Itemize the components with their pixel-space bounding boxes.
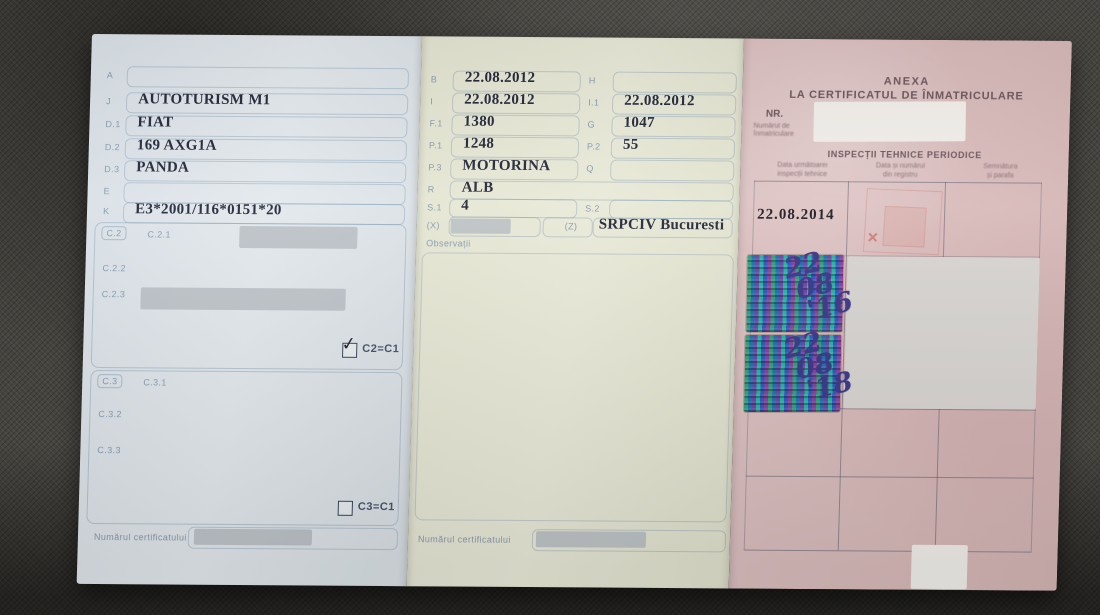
field-label: P.3 (428, 162, 442, 172)
field-box (610, 160, 735, 182)
next-inspection-date: 22.08.2014 (757, 207, 835, 225)
c2-3-label: C.2.3 (102, 289, 126, 299)
inspections-section-title: INSPECȚII TEHNICE PERIODICE (741, 149, 1069, 161)
field-label: A (107, 70, 114, 80)
registration-certificate: A J AUTOTURISM M1 D.1 FIAT D.2 169 AXG1A… (77, 34, 1072, 591)
certificate-number-row: Numărul certificatului (408, 528, 731, 552)
checkbox-c2-c1: ✓ (342, 343, 357, 358)
redaction-box (536, 531, 646, 548)
redaction-box (450, 219, 510, 234)
table-grid-line (744, 550, 1032, 553)
technical-data-panel: B 22.08.2012 H I 22.08.2012 I.1 22.08.20… (407, 36, 744, 588)
field-value: ALB (462, 180, 494, 197)
column-header-line2: inspecții tehnice (777, 170, 827, 177)
column-header-signature: Semnătura și parafa (962, 163, 1038, 181)
column-header-line1: Data următoarei (777, 162, 827, 169)
stamp-x-icon: ✕ (866, 229, 879, 246)
field-label: H (589, 75, 596, 85)
redaction-box (239, 226, 358, 249)
field-value: SRPCIV Bucuresti (599, 217, 725, 235)
check-icon: ✓ (340, 333, 357, 356)
field-value: MOTORINA (462, 158, 550, 176)
column-header-register-number: Data și numărul din registru (852, 162, 948, 180)
field-row-x-z: (X) (Z) SRPCIV Bucuresti (416, 216, 739, 240)
field-label: B (431, 74, 438, 84)
column-header-line1: Semnătura (983, 163, 1017, 170)
field-box (127, 66, 410, 89)
field-row-d3: D.3 PANDA (88, 160, 419, 184)
field-label: D.3 (104, 164, 119, 174)
handwritten-line: '16 (805, 290, 855, 323)
field-value: 55 (623, 137, 639, 154)
table-grid-line (754, 181, 1042, 184)
redaction-box (140, 287, 346, 310)
field-label: S.2 (585, 203, 600, 213)
c3-chip: C.3 (97, 374, 123, 388)
c2-1-label: C.2.1 (147, 229, 171, 239)
registration-number-label-line2: înmatriculare (753, 131, 794, 138)
column-header-line2: din registru (883, 171, 918, 178)
field-label: I.1 (588, 97, 599, 107)
field-value: 22.08.2012 (465, 70, 536, 87)
redaction-box-large (844, 256, 1040, 409)
field-label: J (106, 96, 111, 106)
field-value: 4 (461, 198, 469, 215)
nr-label: NR. (766, 109, 784, 120)
field-label: P.1 (429, 140, 443, 150)
stamp-mark: ✕ (863, 188, 943, 255)
field-value: E3*2001/116*0151*20 (135, 201, 282, 219)
field-label: (X) (427, 220, 440, 230)
field-row-a: A (90, 66, 421, 90)
c3-3-label: C.3.3 (97, 445, 121, 455)
c2-chip: C.2 (101, 226, 127, 240)
field-label: G (587, 119, 595, 129)
column-header-line1: Data și numărul (876, 162, 925, 169)
field-value: 22.08.2012 (464, 92, 535, 109)
field-label: Q (586, 163, 594, 173)
field-value: FIAT (137, 114, 173, 131)
field-row-j: J AUTOTURISM M1 (90, 92, 421, 116)
field-label: K (103, 206, 110, 216)
field-label: F.1 (429, 118, 442, 128)
table-grid-line (746, 476, 1034, 479)
stamp-inner-box (882, 206, 926, 248)
field-label: I (430, 96, 433, 106)
registration-number-label: Numărul de înmatriculare (753, 123, 794, 139)
field-label: S.1 (427, 202, 442, 212)
field-value: AUTOTURISM M1 (138, 91, 271, 109)
registration-number-label-line1: Numărul de (753, 123, 789, 130)
white-sticker (911, 545, 968, 589)
observations-box (414, 252, 733, 522)
observations-label: Observații (426, 238, 471, 248)
field-label: D.2 (105, 142, 120, 152)
checkbox-c2-c1-label: C2=C1 (362, 343, 399, 355)
field-value: 22.08.2012 (624, 93, 695, 110)
redaction-box-registration-number (813, 101, 966, 142)
c3-2-label: C.3.2 (98, 409, 122, 419)
certificate-number-row: Numărul certificatului (78, 526, 409, 550)
column-header-next-inspection-date: Data următoarei inspecții tehnice (756, 162, 848, 180)
field-label: P.2 (587, 141, 601, 151)
redaction-box (194, 529, 312, 546)
field-value: 1047 (623, 115, 655, 132)
column-header-line2: și parafa (987, 172, 1014, 179)
c2-owner-section: C.2 C.2.1 C.2.2 C.2.3 ✓ C2=C1 (91, 222, 407, 370)
c3-1-label: C.3.1 (143, 377, 167, 387)
field-row-d1: D.1 FIAT (89, 115, 420, 139)
checkbox-c3-c1 (338, 501, 353, 516)
annex-title: ANEXA (743, 75, 1071, 89)
handwritten-line: '18 (805, 370, 855, 403)
certificate-number-label: Numărul certificatului (94, 532, 187, 543)
vehicle-data-panel: A J AUTOTURISM M1 D.1 FIAT D.2 169 AXG1A… (77, 34, 422, 586)
field-label: R (428, 184, 435, 194)
field-value: 169 AXG1A (137, 137, 217, 155)
c2-2-label: C.2.2 (102, 263, 126, 273)
checkbox-c3-c1-label: C3=C1 (358, 501, 395, 513)
field-box (612, 72, 737, 94)
field-label: (Z) (565, 221, 578, 231)
field-value: 1380 (463, 114, 495, 131)
field-label: E (103, 186, 110, 196)
field-value: PANDA (136, 159, 189, 176)
c3-section: C.3 C.3.1 C.3.2 C.3.3 C3=C1 (86, 370, 402, 526)
field-label: D.1 (105, 119, 120, 129)
field-value: 1248 (463, 136, 495, 153)
certificate-number-label: Numărul certificatului (418, 534, 511, 545)
photo-scene: A J AUTOTURISM M1 D.1 FIAT D.2 169 AXG1A… (0, 0, 1100, 615)
annex-panel: ANEXA LA CERTIFICATUL DE ÎNMATRICULARE N… (729, 39, 1072, 591)
